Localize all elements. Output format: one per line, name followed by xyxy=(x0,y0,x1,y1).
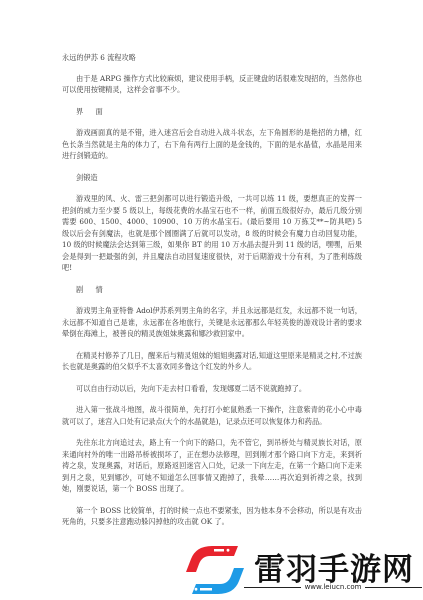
brand-url: www.leiucn.com xyxy=(244,583,422,591)
document-title: 永远的伊苏 6 流程攻略 xyxy=(62,52,362,64)
intro-paragraph: 由于是 ARPG 操作方式比较麻烦，建议使用手柄，反正键盘的话很难发现招的，当然… xyxy=(62,73,362,96)
section-heading-interface: 界 面 xyxy=(76,106,362,118)
section-heading-sword-forging: 剑锻造 xyxy=(76,172,362,184)
divider xyxy=(365,587,422,588)
paragraph: 第一个 BOSS 比较简单，打的时候一点也不要紧张，因为他本身不会移动，所以是有… xyxy=(62,505,362,528)
document-page: 永远的伊苏 6 流程攻略 由于是 ARPG 操作方式比较麻烦，建议使用手柄，反正… xyxy=(62,52,362,538)
paragraph: 游戏男主角亚特鲁 Adol伊苏系列男主角的名字，并且永远都是红发，永远都不说一句… xyxy=(62,305,362,340)
watermark-logo: 雷羽手游网 www.leiucn.com xyxy=(182,540,423,600)
paragraph: 游戏里的风、火、雷三把剑都可以进行锻造升级，一共可以练 11 级，要想真正的发挥… xyxy=(62,193,362,274)
brand-url-text: www.leiucn.com xyxy=(305,583,362,591)
paragraph: 在精灵村修养了几日，醒来后与精灵姐妹的姐姐奥露对话,知道这里原来是精灵之村,不过… xyxy=(62,350,362,373)
section-heading-story: 剧 情 xyxy=(76,284,362,296)
divider xyxy=(244,587,301,588)
paragraph: 游戏画面真的是不错，进入迷宫后会自动进入战斗状态，左下角圆形的是艳招的力槽，红色… xyxy=(62,127,362,162)
paragraph: 可以自由行动以后，先向下走去村口看看，发现娜夏二话不说就跑掉了。 xyxy=(62,383,362,395)
paragraph: 先往东北方向追过去，路上有一个向下的路口，先不管它，到吊桥处与精灵族长对话，原来… xyxy=(62,437,362,495)
brand-logo-icon xyxy=(182,542,248,598)
paragraph: 进入第一张战斗地图，战斗很简单，先打打小蛇鼠熟悉一下操作，注意紫青的花小心中毒就… xyxy=(62,404,362,427)
